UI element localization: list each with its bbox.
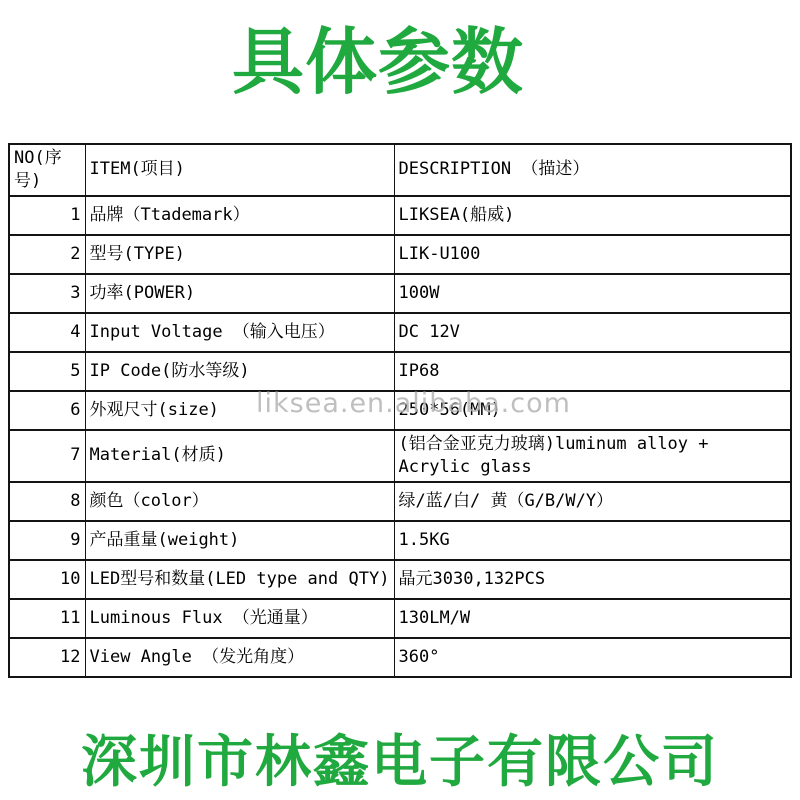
cell-item: 型号(TYPE): [85, 235, 394, 274]
page-title: 具体参数: [0, 4, 778, 108]
table-header-row: NO(序号) ITEM(项目) DESCRIPTION （描述）: [9, 144, 791, 196]
table-row: 4Input Voltage （输入电压）DC 12V: [9, 313, 791, 352]
cell-item: 品牌（Ttademark）: [85, 196, 394, 235]
table-row: 3功率(POWER)100W: [9, 274, 791, 313]
table-row: 5IP Code(防水等级)IP68: [9, 352, 791, 391]
cell-description: 100W: [394, 274, 791, 313]
table-row: 2型号(TYPE)LIK-U100: [9, 235, 791, 274]
table-row: 11Luminous Flux （光通量）130LM/W: [9, 599, 791, 638]
cell-description: 360°: [394, 638, 791, 677]
cell-description: 250*56(MM): [394, 391, 791, 430]
cell-description: DC 12V: [394, 313, 791, 352]
table-row: 9产品重量(weight)1.5KG: [9, 521, 791, 560]
cell-row-number: 10: [9, 560, 85, 599]
spec-table-container: NO(序号) ITEM(项目) DESCRIPTION （描述） 1品牌（Tta…: [8, 143, 792, 678]
table-row: 6外观尺寸(size)250*56(MM): [9, 391, 791, 430]
cell-row-number: 8: [9, 482, 85, 521]
cell-row-number: 2: [9, 235, 85, 274]
cell-item: IP Code(防水等级): [85, 352, 394, 391]
cell-row-number: 11: [9, 599, 85, 638]
table-row: 12View Angle （发光角度）360°: [9, 638, 791, 677]
company-name: 深圳市林鑫电子有限公司: [0, 718, 800, 798]
cell-item: 产品重量(weight): [85, 521, 394, 560]
cell-description: 绿/蓝/白/ 黄（G/B/W/Y）: [394, 482, 791, 521]
cell-description: 130LM/W: [394, 599, 791, 638]
cell-row-number: 6: [9, 391, 85, 430]
table-row: 7Material(材质)(铝合金亚克力玻璃)luminum alloy + A…: [9, 430, 791, 482]
cell-item: 外观尺寸(size): [85, 391, 394, 430]
cell-item: View Angle （发光角度）: [85, 638, 394, 677]
product-spec-sheet: 具体参数 NO(序号) ITEM(项目) DESCRIPTION （描述） 1品…: [0, 0, 800, 800]
table-row: 8颜色（color）绿/蓝/白/ 黄（G/B/W/Y）: [9, 482, 791, 521]
column-header-description: DESCRIPTION （描述）: [394, 144, 791, 196]
cell-row-number: 4: [9, 313, 85, 352]
cell-item: 颜色（color）: [85, 482, 394, 521]
table-row: 10LED型号和数量(LED type and QTY)晶元3030,132PC…: [9, 560, 791, 599]
cell-item: 功率(POWER): [85, 274, 394, 313]
cell-description: (铝合金亚克力玻璃)luminum alloy + Acrylic glass: [394, 430, 791, 482]
cell-description: IP68: [394, 352, 791, 391]
cell-item: Input Voltage （输入电压）: [85, 313, 394, 352]
cell-description: 1.5KG: [394, 521, 791, 560]
spec-table: NO(序号) ITEM(项目) DESCRIPTION （描述） 1品牌（Tta…: [8, 143, 792, 678]
column-header-no: NO(序号): [9, 144, 85, 196]
cell-row-number: 3: [9, 274, 85, 313]
cell-row-number: 9: [9, 521, 85, 560]
table-row: 1品牌（Ttademark）LIKSEA(船威): [9, 196, 791, 235]
cell-description: LIK-U100: [394, 235, 791, 274]
cell-description: 晶元3030,132PCS: [394, 560, 791, 599]
cell-item: LED型号和数量(LED type and QTY): [85, 560, 394, 599]
cell-row-number: 7: [9, 430, 85, 482]
cell-row-number: 1: [9, 196, 85, 235]
cell-row-number: 12: [9, 638, 85, 677]
cell-description: LIKSEA(船威): [394, 196, 791, 235]
cell-item: Luminous Flux （光通量）: [85, 599, 394, 638]
column-header-item: ITEM(项目): [85, 144, 394, 196]
cell-item: Material(材质): [85, 430, 394, 482]
cell-row-number: 5: [9, 352, 85, 391]
